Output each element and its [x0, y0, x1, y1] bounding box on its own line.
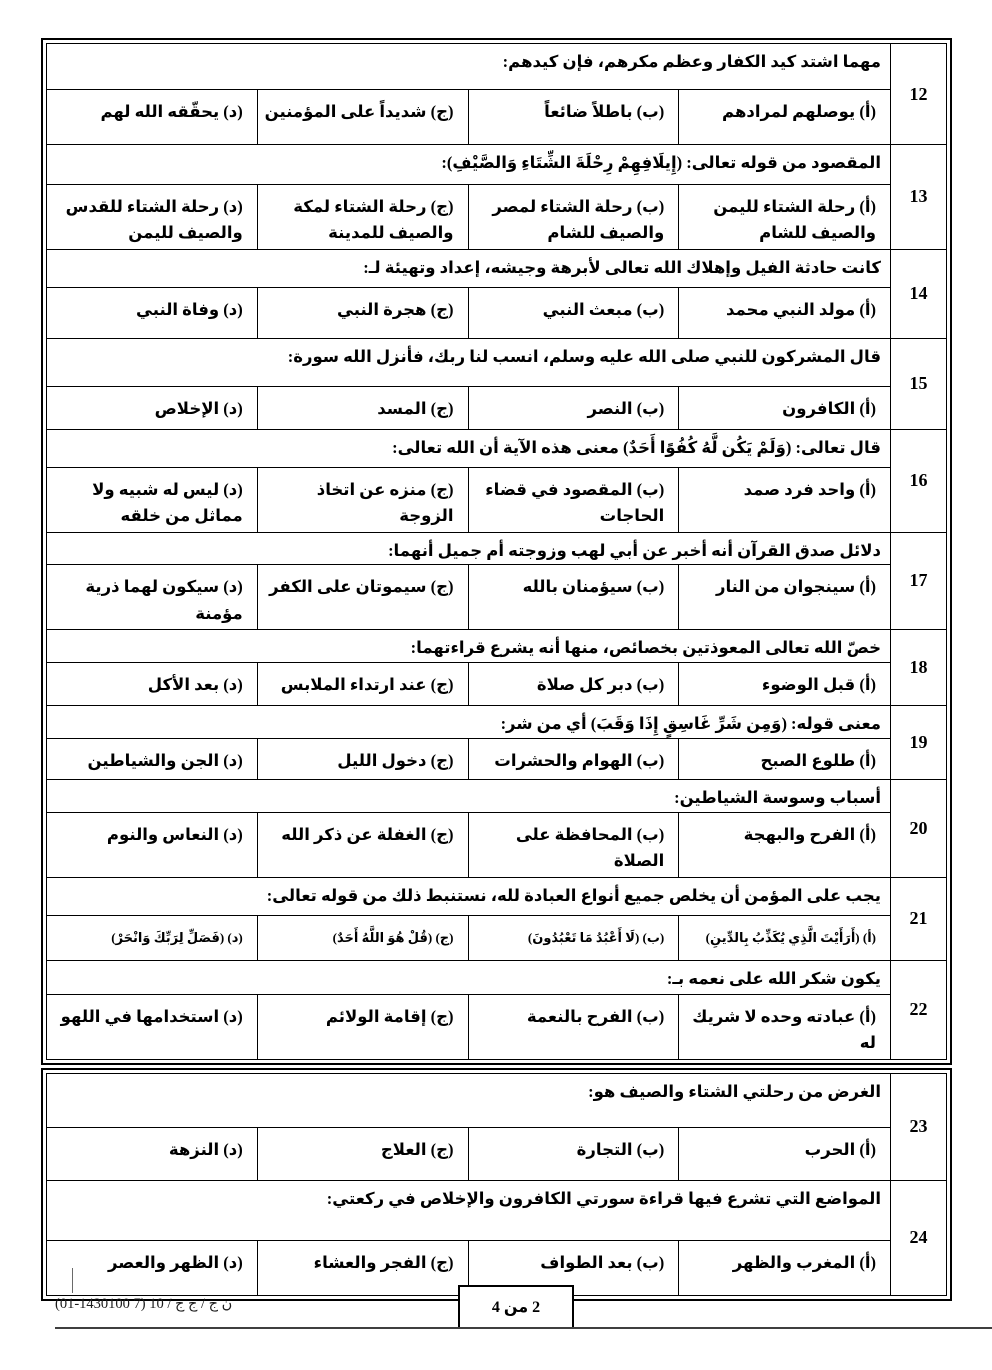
option-d: (د) بعد الأكل	[47, 663, 258, 705]
option-b: (ب) التجارة	[469, 1128, 680, 1180]
option-c: (ج) منزه عن اتخاذ الزوجة	[258, 468, 469, 532]
question-stem: معنى قوله: (وَمِن شَرِّ غَاسِقٍ إِذَا وَ…	[47, 706, 890, 739]
question-options-row: (أ) مولد النبي محمد (ب) مبعث النبي (ج) ه…	[47, 288, 890, 338]
question-stem: الغرض من رحلتي الشتاء والصيف هو:	[47, 1074, 890, 1128]
question-block: 21 يجب على المؤمن أن يخلص جميع أنواع الع…	[47, 877, 946, 960]
option-c: (ج) الغفلة عن ذكر الله	[258, 813, 469, 877]
question-options-row: (أ) يوصلهم لمرادهم (ب) باطلاً ضائعاً (ج)…	[47, 90, 890, 144]
option-a: (أ) الحرب	[679, 1128, 890, 1180]
option-c: (ج) (قُلْ هُوَ اللَّهُ أَحَدٌ)	[258, 916, 469, 960]
option-d: (د) النعاس والنوم	[47, 813, 258, 877]
option-d: (د) (فَصَلِّ لِرَبِّكَ وَانْحَرْ)	[47, 916, 258, 960]
question-options-row: (أ) واحد فرد صمد (ب) المقصود في قضاء الح…	[47, 468, 890, 532]
question-main: يجب على المؤمن أن يخلص جميع أنواع العباد…	[47, 878, 890, 960]
question-number: 23	[890, 1074, 946, 1180]
option-d: (د) رحلة الشتاء للقدس والصيف لليمن	[47, 185, 258, 249]
option-c: (ج) دخول الليل	[258, 739, 469, 779]
option-c: (ج) المسد	[258, 387, 469, 429]
question-options-row: (أ) سينجوان من النار (ب) سيؤمنان بالله (…	[47, 565, 890, 629]
option-d: (د) النزهة	[47, 1128, 258, 1180]
option-c: (ج) العلاج	[258, 1128, 469, 1180]
question-main: الغرض من رحلتي الشتاء والصيف هو: (أ) الح…	[47, 1074, 890, 1180]
question-table-12-22-body: 12 مهما اشتد كيد الكفار وعظم مكرهم، فإن …	[46, 43, 947, 1060]
question-number: 14	[890, 250, 946, 338]
page-bottom-edge	[55, 1327, 992, 1329]
question-main: معنى قوله: (وَمِن شَرِّ غَاسِقٍ إِذَا وَ…	[47, 706, 890, 779]
question-options-row: (أ) قبل الوضوء (ب) دبر كل صلاة (ج) عند ا…	[47, 663, 890, 705]
question-block: 14 كانت حادثة الفيل وإهلاك الله تعالى لأ…	[47, 249, 946, 338]
question-stem: أسباب وسوسة الشياطين:	[47, 780, 890, 813]
question-main: المواضع التي تشرع فيها قراءة سورتي الكاف…	[47, 1181, 890, 1295]
question-stem: المواضع التي تشرع فيها قراءة سورتي الكاف…	[47, 1181, 890, 1241]
question-stem: كانت حادثة الفيل وإهلاك الله تعالى لأبره…	[47, 250, 890, 288]
option-d: (د) ليس له شبيه ولا مماثل من خلقه	[47, 468, 258, 532]
question-stem: دلائل صدق القرآن أنه أخبر عن أبي لهب وزو…	[47, 533, 890, 566]
option-d: (د) الظهر والعصر	[47, 1241, 258, 1295]
page-number-box: 2 من 4	[458, 1285, 574, 1329]
question-number: 20	[890, 780, 946, 877]
option-c: (ج) إقامة الولائم	[258, 995, 469, 1059]
question-number: 24	[890, 1181, 946, 1295]
option-b: (ب) مبعث النبي	[469, 288, 680, 338]
question-table-12-22: 12 مهما اشتد كيد الكفار وعظم مكرهم، فإن …	[41, 38, 952, 1065]
question-main: كانت حادثة الفيل وإهلاك الله تعالى لأبره…	[47, 250, 890, 338]
option-c: (ج) سيموتان على الكفر	[258, 565, 469, 629]
option-a: (أ) الفرح والبهجة	[679, 813, 890, 877]
question-block: 17 دلائل صدق القرآن أنه أخبر عن أبي لهب …	[47, 532, 946, 630]
option-d: (د) الإخلاص	[47, 387, 258, 429]
question-main: يكون شكر الله على نعمه بـ: (أ) عبادته وح…	[47, 961, 890, 1059]
option-d: (د) سيكون لهما ذرية مؤمنة	[47, 565, 258, 629]
question-main: مهما اشتد كيد الكفار وعظم مكرهم، فإن كيد…	[47, 44, 890, 144]
question-table-23-24-body: 23 الغرض من رحلتي الشتاء والصيف هو: (أ) …	[46, 1073, 947, 1296]
question-number: 22	[890, 961, 946, 1059]
question-options-row: (أ) الفرح والبهجة (ب) المحافظة على الصلا…	[47, 813, 890, 877]
question-main: دلائل صدق القرآن أنه أخبر عن أبي لهب وزو…	[47, 533, 890, 630]
question-number: 21	[890, 878, 946, 960]
option-d: (د) استخدامها في اللهو	[47, 995, 258, 1059]
question-block: 12 مهما اشتد كيد الكفار وعظم مكرهم، فإن …	[47, 44, 946, 144]
question-main: خصّ الله تعالى المعوذتين بخصائص، منها أن…	[47, 630, 890, 705]
question-block: 15 قال المشركون للنبي صلى الله عليه وسلم…	[47, 338, 946, 429]
question-stem: المقصود من قوله تعالى: (إِيلَافِهِمْ رِح…	[47, 145, 890, 185]
question-options-row: (أ) الحرب (ب) التجارة (ج) العلاج (د) الن…	[47, 1128, 890, 1180]
question-options-row: (أ) (أَرَأَيْتَ الَّذِي يُكَذِّبُ بِالدِ…	[47, 916, 890, 960]
question-stem: يكون شكر الله على نعمه بـ:	[47, 961, 890, 995]
document-code-letters: ن ج / ج ج	[175, 1296, 232, 1312]
question-options-row: (أ) عبادته وحده لا شريك له (ب) الفرح بال…	[47, 995, 890, 1059]
question-main: قال المشركون للنبي صلى الله عليه وسلم، ا…	[47, 339, 890, 429]
option-d: (د) وفاة النبي	[47, 288, 258, 338]
question-options-row: (أ) الكافرون (ب) النصر (ج) المسد (د) الإ…	[47, 387, 890, 429]
option-a: (أ) (أَرَأَيْتَ الَّذِي يُكَذِّبُ بِالدِ…	[679, 916, 890, 960]
option-a: (أ) مولد النبي محمد	[679, 288, 890, 338]
option-b: (ب) الهوام والحشرات	[469, 739, 680, 779]
question-block: 22 يكون شكر الله على نعمه بـ: (أ) عبادته…	[47, 960, 946, 1059]
question-main: أسباب وسوسة الشياطين: (أ) الفرح والبهجة …	[47, 780, 890, 877]
option-b: (ب) المقصود في قضاء الحاجات	[469, 468, 680, 532]
option-a: (أ) يوصلهم لمرادهم	[679, 90, 890, 144]
question-stem: قال المشركون للنبي صلى الله عليه وسلم، ا…	[47, 339, 890, 387]
option-b: (ب) النصر	[469, 387, 680, 429]
document-code-number: (01-1430100 7) 10 /	[55, 1296, 171, 1312]
option-b: (ب) سيؤمنان بالله	[469, 565, 680, 629]
question-number: 17	[890, 533, 946, 630]
option-a: (أ) واحد فرد صمد	[679, 468, 890, 532]
question-main: قال تعالى: (وَلَمْ يَكُن لَّهُ كُفُوًا أ…	[47, 430, 890, 532]
question-number: 19	[890, 706, 946, 779]
option-b: (ب) المحافظة على الصلاة	[469, 813, 680, 877]
question-stem: مهما اشتد كيد الكفار وعظم مكرهم، فإن كيد…	[47, 44, 890, 90]
option-a: (أ) قبل الوضوء	[679, 663, 890, 705]
option-b: (ب) دبر كل صلاة	[469, 663, 680, 705]
option-c: (ج) الفجر والعشاء	[258, 1241, 469, 1295]
question-block: 23 الغرض من رحلتي الشتاء والصيف هو: (أ) …	[47, 1074, 946, 1180]
scan-artifact-line	[72, 1268, 73, 1293]
option-c: (ج) عند ارتداء الملابس	[258, 663, 469, 705]
option-c: (ج) شديداً على المؤمنين	[258, 90, 469, 144]
document-code: (01-1430100 7) 10 / ن ج / ج ج	[55, 1296, 232, 1313]
option-a: (أ) سينجوان من النار	[679, 565, 890, 629]
option-c: (ج) رحلة الشتاء لمكة والصيف للمدينة	[258, 185, 469, 249]
option-b: (ب) رحلة الشتاء لمصر والصيف للشام	[469, 185, 680, 249]
page-number-text: 2 من 4	[492, 1297, 540, 1317]
exam-page: 12 مهما اشتد كيد الكفار وعظم مكرهم، فإن …	[0, 0, 992, 1370]
option-a: (أ) الكافرون	[679, 387, 890, 429]
option-c: (ج) هجرة النبي	[258, 288, 469, 338]
option-d: (د) يحقّقه الله لهم	[47, 90, 258, 144]
question-options-row: (أ) رحلة الشتاء لليمن والصيف للشام (ب) ر…	[47, 185, 890, 249]
option-a: (أ) المغرب والظهر	[679, 1241, 890, 1295]
option-a: (أ) رحلة الشتاء لليمن والصيف للشام	[679, 185, 890, 249]
question-number: 12	[890, 44, 946, 144]
question-block: 20 أسباب وسوسة الشياطين: (أ) الفرح والبه…	[47, 779, 946, 877]
option-a: (أ) عبادته وحده لا شريك له	[679, 995, 890, 1059]
question-number: 15	[890, 339, 946, 429]
option-a: (أ) طلوع الصبح	[679, 739, 890, 779]
question-stem: خصّ الله تعالى المعوذتين بخصائص، منها أن…	[47, 630, 890, 663]
question-block: 13 المقصود من قوله تعالى: (إِيلَافِهِمْ …	[47, 144, 946, 249]
option-d: (د) الجن والشياطين	[47, 739, 258, 779]
question-number: 18	[890, 630, 946, 705]
question-number: 16	[890, 430, 946, 532]
option-b: (ب) الفرح بالنعمة	[469, 995, 680, 1059]
question-options-row: (أ) طلوع الصبح (ب) الهوام والحشرات (ج) د…	[47, 739, 890, 779]
question-stem: قال تعالى: (وَلَمْ يَكُن لَّهُ كُفُوًا أ…	[47, 430, 890, 468]
question-block: 16 قال تعالى: (وَلَمْ يَكُن لَّهُ كُفُوً…	[47, 429, 946, 532]
question-number: 13	[890, 145, 946, 249]
question-main: المقصود من قوله تعالى: (إِيلَافِهِمْ رِح…	[47, 145, 890, 249]
question-block: 19 معنى قوله: (وَمِن شَرِّ غَاسِقٍ إِذَا…	[47, 705, 946, 779]
question-table-23-24: 23 الغرض من رحلتي الشتاء والصيف هو: (أ) …	[41, 1068, 952, 1301]
option-b: (ب) باطلاً ضائعاً	[469, 90, 680, 144]
question-stem: يجب على المؤمن أن يخلص جميع أنواع العباد…	[47, 878, 890, 916]
question-block: 18 خصّ الله تعالى المعوذتين بخصائص، منها…	[47, 629, 946, 705]
question-block: 24 المواضع التي تشرع فيها قراءة سورتي ال…	[47, 1180, 946, 1295]
option-b: (ب) (لَا أَعْبُدُ مَا تَعْبُدُونَ)	[469, 916, 680, 960]
